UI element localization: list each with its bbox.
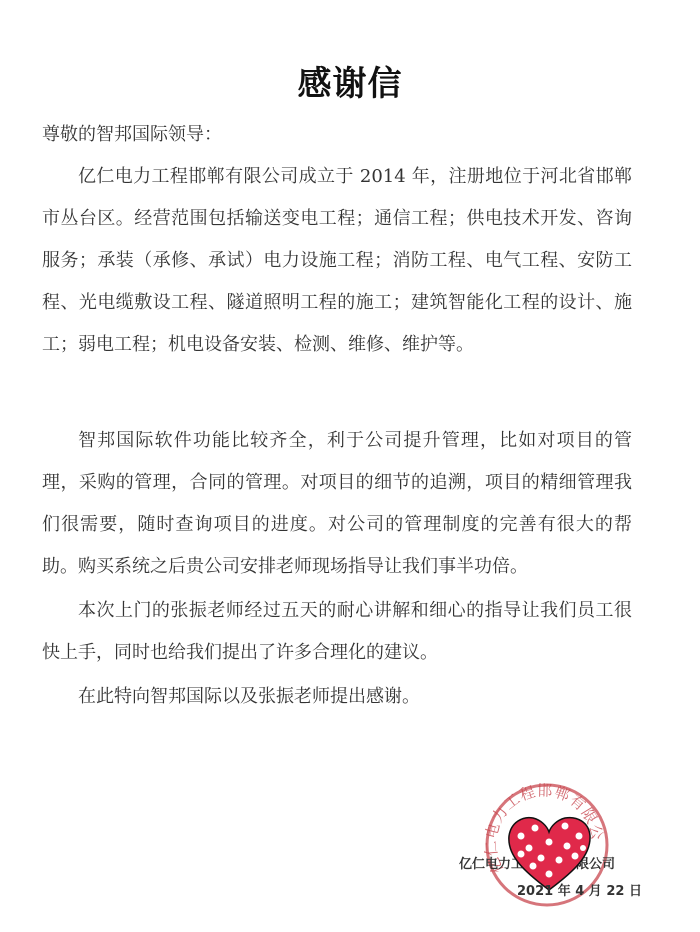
paragraph-company-intro: 亿仁电力工程邯郸有限公司成立于 2014 年，注册地位于河北省邯郸市丛台区。经营… (42, 156, 632, 366)
signature-date: 2021 年 4 月 22 日 (517, 880, 642, 899)
letter-title: 感谢信 (0, 56, 700, 105)
salutation: 尊敬的智邦国际领导： (42, 120, 222, 146)
paragraph-teacher-praise: 本次上门的张振老师经过五天的耐心讲解和细心的指导让我们员工很快上手，同时也给我们… (42, 590, 632, 674)
paragraph-thanks: 在此特向智邦国际以及张振老师提出感谢。 (42, 676, 632, 718)
paragraph-software-feedback: 智邦国际软件功能比较齐全，利于公司提升管理，比如对项目的管理，采购的管理，合同的… (42, 420, 632, 588)
